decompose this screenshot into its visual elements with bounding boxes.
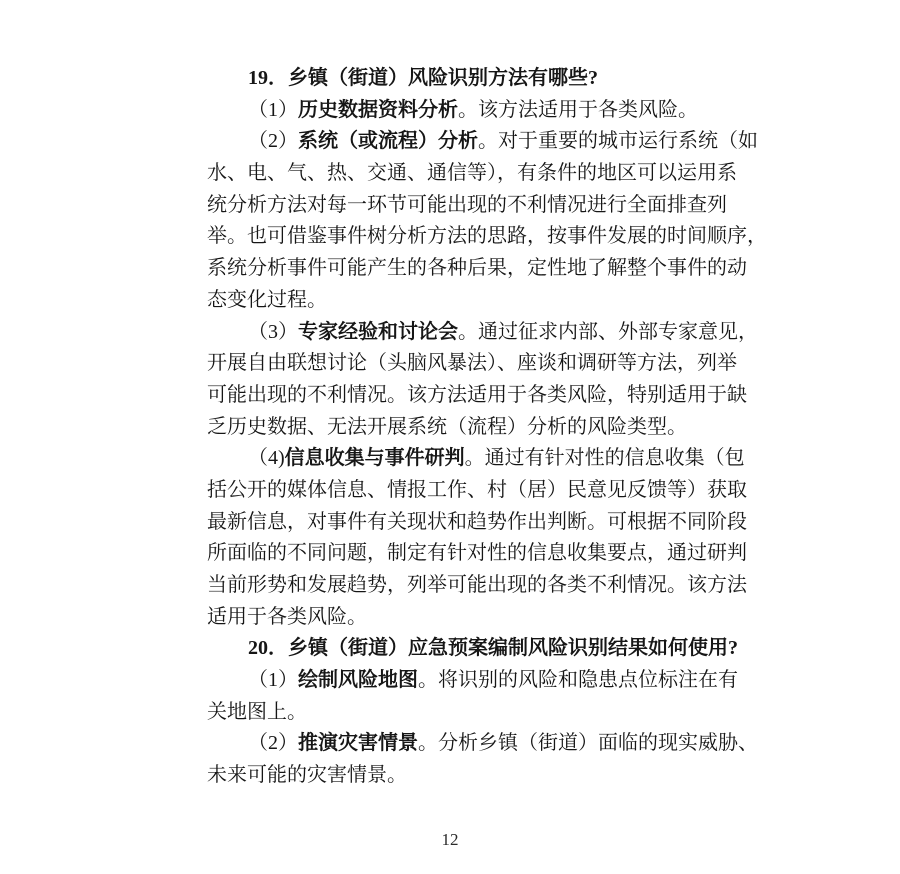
bold-term: 19．乡镇（街道）风险识别方法有哪些? — [248, 67, 598, 89]
document-page: 19．乡镇（街道）风险识别方法有哪些?（1）历史数据资料分析。该方法适用于各类风… — [0, 0, 900, 874]
text-line: 最新信息，对事件有关现状和趋势作出判断。可根据不同阶段 — [207, 507, 767, 539]
text-segment: （3） — [248, 321, 298, 343]
bold-term: 推演灾害情景 — [298, 732, 418, 754]
text-line: 关地图上。 — [207, 697, 767, 729]
text-segment: 所面临的不同问题，制定有针对性的信息收集要点，通过研判 — [207, 542, 747, 564]
text-segment: 举。也可借鉴事件树分析方法的思路，按事件发展的时间顺序， — [207, 225, 767, 247]
text-segment: 。通过有针对性的信息收集（包 — [465, 447, 745, 469]
text-line: 20．乡镇（街道）应急预案编制风险识别结果如何使用? — [207, 633, 767, 665]
text-segment: 当前形势和发展趋势，列举可能出现的各类不利情况。该方法 — [207, 574, 747, 596]
bold-term: 绘制风险地图 — [298, 669, 418, 691]
text-line: （3）专家经验和讨论会。通过征求内部、外部专家意见， — [207, 317, 767, 349]
text-line: 举。也可借鉴事件树分析方法的思路，按事件发展的时间顺序， — [207, 221, 767, 253]
text-line: （2）系统（或流程）分析。对于重要的城市运行系统（如 — [207, 126, 767, 158]
text-line: 水、电、气、热、交通、通信等），有条件的地区可以运用系 — [207, 158, 767, 190]
text-line: 19．乡镇（街道）风险识别方法有哪些? — [207, 63, 767, 95]
text-line: （1）绘制风险地图。将识别的风险和隐患点位标注在有 — [207, 665, 767, 697]
text-segment: 。将识别的风险和隐患点位标注在有 — [418, 669, 738, 691]
text-segment: 最新信息，对事件有关现状和趋势作出判断。可根据不同阶段 — [207, 511, 747, 533]
text-segment: 系统分析事件可能产生的各种后果，定性地了解整个事件的动 — [207, 257, 747, 279]
text-line: （1）历史数据资料分析。该方法适用于各类风险。 — [207, 95, 767, 127]
text-line: （4)信息收集与事件研判。通过有针对性的信息收集（包 — [207, 443, 767, 475]
text-segment: 。该方法适用于各类风险。 — [458, 99, 698, 121]
text-line: 可能出现的不利情况。该方法适用于各类风险，特别适用于缺 — [207, 380, 767, 412]
text-segment: 开展自由联想讨论（头脑风暴法）、座谈和调研等方法，列举 — [207, 352, 737, 374]
text-line: 系统分析事件可能产生的各种后果，定性地了解整个事件的动 — [207, 253, 767, 285]
text-segment: 。通过征求内部、外部专家意见， — [458, 321, 758, 343]
bold-term: 系统（或流程）分析 — [298, 130, 478, 152]
text-line: 所面临的不同问题，制定有针对性的信息收集要点，通过研判 — [207, 538, 767, 570]
text-line: 统分析方法对每一环节可能出现的不利情况进行全面排查列 — [207, 190, 767, 222]
text-segment: （2） — [248, 732, 298, 754]
text-segment: （4) — [248, 447, 285, 469]
text-segment: 未来可能的灾害情景。 — [207, 764, 407, 786]
text-segment: 可能出现的不利情况。该方法适用于各类风险，特别适用于缺 — [207, 384, 747, 406]
text-line: 未来可能的灾害情景。 — [207, 760, 767, 792]
text-segment: （2） — [248, 130, 298, 152]
text-line: 态变化过程。 — [207, 285, 767, 317]
text-segment: 。对于重要的城市运行系统（如 — [478, 130, 758, 152]
text-segment: （1） — [248, 669, 298, 691]
text-segment: 括公开的媒体信息、情报工作、村（居）民意见反馈等）获取 — [207, 479, 747, 501]
bold-term: 20．乡镇（街道）应急预案编制风险识别结果如何使用? — [248, 637, 738, 659]
text-line: （2）推演灾害情景。分析乡镇（街道）面临的现实威胁、 — [207, 728, 767, 760]
bold-term: 专家经验和讨论会 — [298, 321, 458, 343]
bold-term: 信息收集与事件研判 — [285, 447, 465, 469]
text-segment: 乏历史数据、无法开展系统（流程）分析的风险类型。 — [207, 416, 687, 438]
page-number: 12 — [0, 830, 900, 850]
bold-term: 历史数据资料分析 — [298, 99, 458, 121]
text-segment: 。分析乡镇（街道）面临的现实威胁、 — [418, 732, 758, 754]
text-segment: （1） — [248, 99, 298, 121]
text-line: 当前形势和发展趋势，列举可能出现的各类不利情况。该方法 — [207, 570, 767, 602]
text-line: 适用于各类风险。 — [207, 602, 767, 634]
text-segment: 统分析方法对每一环节可能出现的不利情况进行全面排查列 — [207, 194, 727, 216]
text-line: 括公开的媒体信息、情报工作、村（居）民意见反馈等）获取 — [207, 475, 767, 507]
text-segment: 适用于各类风险。 — [207, 606, 367, 628]
text-block: 19．乡镇（街道）风险识别方法有哪些?（1）历史数据资料分析。该方法适用于各类风… — [207, 63, 767, 792]
text-segment: 水、电、气、热、交通、通信等），有条件的地区可以运用系 — [207, 162, 737, 184]
text-segment: 态变化过程。 — [207, 289, 327, 311]
text-line: 乏历史数据、无法开展系统（流程）分析的风险类型。 — [207, 412, 767, 444]
text-segment: 关地图上。 — [207, 701, 307, 723]
text-line: 开展自由联想讨论（头脑风暴法）、座谈和调研等方法，列举 — [207, 348, 767, 380]
